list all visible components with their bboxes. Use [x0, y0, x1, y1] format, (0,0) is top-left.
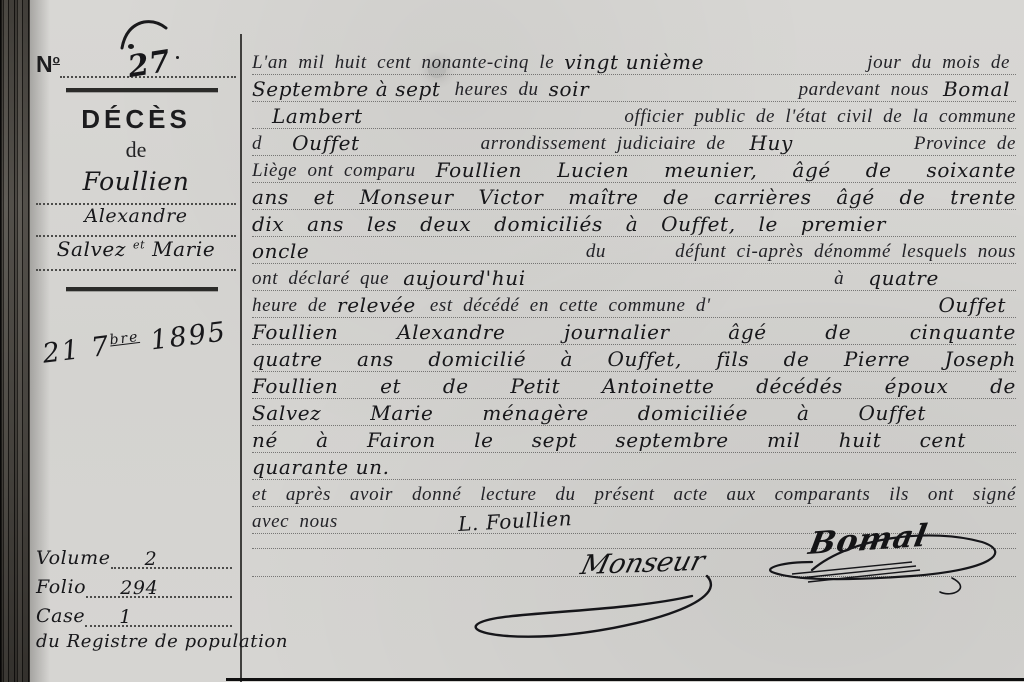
- case-row: Case 1: [36, 598, 232, 627]
- handwritten-text: Septembre à sept: [252, 77, 441, 101]
- act-line-15: né à Fairon le sept septembre mil huit c…: [252, 426, 1016, 453]
- printed-text: défunt ci-après dénommé lesquels nous: [675, 241, 1016, 263]
- act-type-title: DÉCÈS: [36, 104, 236, 135]
- handwritten-text: Foullien Alexandre journalier âgé de cin…: [252, 320, 1016, 344]
- folio-label: Folio: [36, 576, 86, 598]
- act-line-9: ont déclaré que aujourd'hui à quatre: [252, 264, 1016, 291]
- printed-text: ont déclaré que: [252, 268, 389, 290]
- printed-text: heures du: [455, 79, 539, 101]
- act-number-value: 27: [125, 44, 173, 85]
- handwritten-text: quatre: [868, 266, 939, 290]
- register-margin-column: No 27 DÉCÈS de Foullien Alexandre Salvez…: [36, 40, 236, 358]
- handwritten-text: quarante un.: [252, 455, 390, 479]
- act-line-11: Foullien Alexandre journalier âgé de cin…: [252, 318, 1016, 345]
- printed-text: arrondissement judiciaire de: [481, 133, 726, 155]
- book-spine: [0, 0, 30, 682]
- act-number-row: No 27: [36, 40, 236, 78]
- folio-value: 294: [120, 577, 158, 599]
- act-body: L'an mil huit cent nonante-cinq le vingt…: [252, 48, 1016, 534]
- spouse-surname: Salvez: [57, 237, 126, 261]
- printed-text: jour du mois de: [867, 52, 1010, 74]
- handwritten-text: Ouffet: [938, 293, 1006, 317]
- death-act-scan: No 27 DÉCÈS de Foullien Alexandre Salvez…: [0, 0, 1024, 682]
- case-value: 1: [119, 606, 132, 628]
- act-line-7: dix ans les deux domiciliés à Ouffet, le…: [252, 210, 1016, 237]
- handwritten-text: Bomal: [943, 77, 1010, 101]
- handwritten-text: vingt unième: [564, 50, 704, 74]
- volume-leader-line: 2: [111, 545, 232, 569]
- handwritten-text: aujourd'hui: [403, 266, 526, 290]
- number-leader-line: 27: [60, 41, 236, 78]
- margin-date-note: 21 7bre 1895: [41, 315, 237, 369]
- handwritten-text: Ouffet: [292, 131, 360, 155]
- deceased-surname: Foullien: [36, 167, 236, 205]
- act-type-de: de: [36, 137, 236, 163]
- heavy-rule: [66, 88, 218, 92]
- folio-leader-line: 294: [86, 574, 232, 598]
- handwritten-text: Foullien et de Petit Antoinette décédés …: [252, 374, 1016, 398]
- signature-flourish: [252, 518, 1016, 678]
- act-line-16: quarante un.: [252, 453, 1016, 480]
- printed-text: est décédé en cette commune d': [430, 295, 711, 317]
- volume-value: 2: [145, 548, 158, 570]
- column-divider-rule: [240, 34, 242, 682]
- act-line-13: Foullien et de Petit Antoinette décédés …: [252, 372, 1016, 399]
- case-leader-line: 1: [85, 603, 232, 627]
- date-year: 1895: [149, 316, 229, 356]
- heavy-rule: [66, 287, 218, 291]
- printed-text: et après avoir donné lecture du présent …: [252, 484, 1016, 506]
- volume-label: Volume: [36, 547, 111, 569]
- page-bottom-edge: [226, 678, 1024, 681]
- date-day: 21: [41, 334, 83, 369]
- printed-text: heure de: [252, 295, 327, 317]
- printed-text: d: [252, 133, 262, 155]
- handwritten-text: oncle: [252, 239, 309, 263]
- act-line-3: Lambert officier public de l'état civil …: [252, 102, 1016, 129]
- number-label-text: N: [36, 51, 53, 77]
- folio-row: Folio 294: [36, 569, 232, 598]
- number-label: No: [36, 51, 60, 78]
- act-line-12: quatre ans domicilié à Ouffet, fils de P…: [252, 345, 1016, 372]
- case-label: Case: [36, 605, 85, 627]
- printed-text: Liège ont comparu: [252, 160, 416, 182]
- act-line-5: Liège ont comparu Foullien Lucien meunie…: [252, 156, 1016, 183]
- printed-text: du: [586, 241, 606, 263]
- printed-text: à: [834, 268, 844, 290]
- handwritten-text: Foullien Lucien meunier, âgé de soixante: [436, 158, 1016, 182]
- date-month-sup: bre: [109, 329, 141, 349]
- handwritten-text: Salvez Marie ménagère domiciliée à Ouffe…: [252, 401, 1016, 425]
- act-line-10: heure de relevée est décédé en cette com…: [252, 291, 1016, 318]
- handwritten-text: ans et Monseur Victor maître de carrière…: [252, 185, 1016, 209]
- handwritten-text: Huy: [750, 131, 793, 155]
- act-line-8: oncle du défunt ci-après dénommé lesquel…: [252, 237, 1016, 264]
- printed-text: pardevant nous: [799, 79, 929, 101]
- number-label-sup: o: [53, 52, 60, 66]
- handwritten-text: Lambert: [272, 104, 363, 128]
- act-line-14: Salvez Marie ménagère domiciliée à Ouffe…: [252, 399, 1016, 426]
- deceased-firstname: Alexandre: [36, 205, 236, 237]
- printed-text: L'an mil huit cent nonante-cinq le: [252, 52, 554, 74]
- act-line-4: d Ouffet arrondissement judiciaire de Hu…: [252, 129, 1016, 156]
- signature-zone: Monseur Bomal: [252, 518, 1016, 678]
- printed-text: officier public de l'état civil de la co…: [624, 106, 1016, 128]
- handwritten-text: dix ans les deux domiciliés à Ouffet, le…: [252, 212, 1016, 236]
- handwritten-text: relevée: [337, 293, 416, 317]
- register-refs-block: Volume 2 Folio 294 Case 1 du Registre de…: [36, 540, 232, 652]
- volume-row: Volume 2: [36, 540, 232, 569]
- act-line-6: ans et Monseur Victor maître de carrière…: [252, 183, 1016, 210]
- act-line-17: et après avoir donné lecture du présent …: [252, 480, 1016, 507]
- spouse-et-sup: et: [133, 238, 145, 251]
- handwritten-text: quatre ans domicilié à Ouffet, fils de P…: [252, 347, 1016, 371]
- handwritten-text: soir: [549, 77, 590, 101]
- spouse-name: Salvez et Marie: [36, 237, 236, 271]
- register-note: du Registre de population: [36, 631, 232, 652]
- printed-text: Province de: [914, 133, 1016, 155]
- act-line-1: L'an mil huit cent nonante-cinq le vingt…: [252, 48, 1016, 75]
- act-line-2: Septembre à sept heures du soir pardevan…: [252, 75, 1016, 102]
- handwritten-text: né à Fairon le sept septembre mil huit c…: [252, 428, 1016, 452]
- spouse-firstname: Marie: [152, 237, 215, 261]
